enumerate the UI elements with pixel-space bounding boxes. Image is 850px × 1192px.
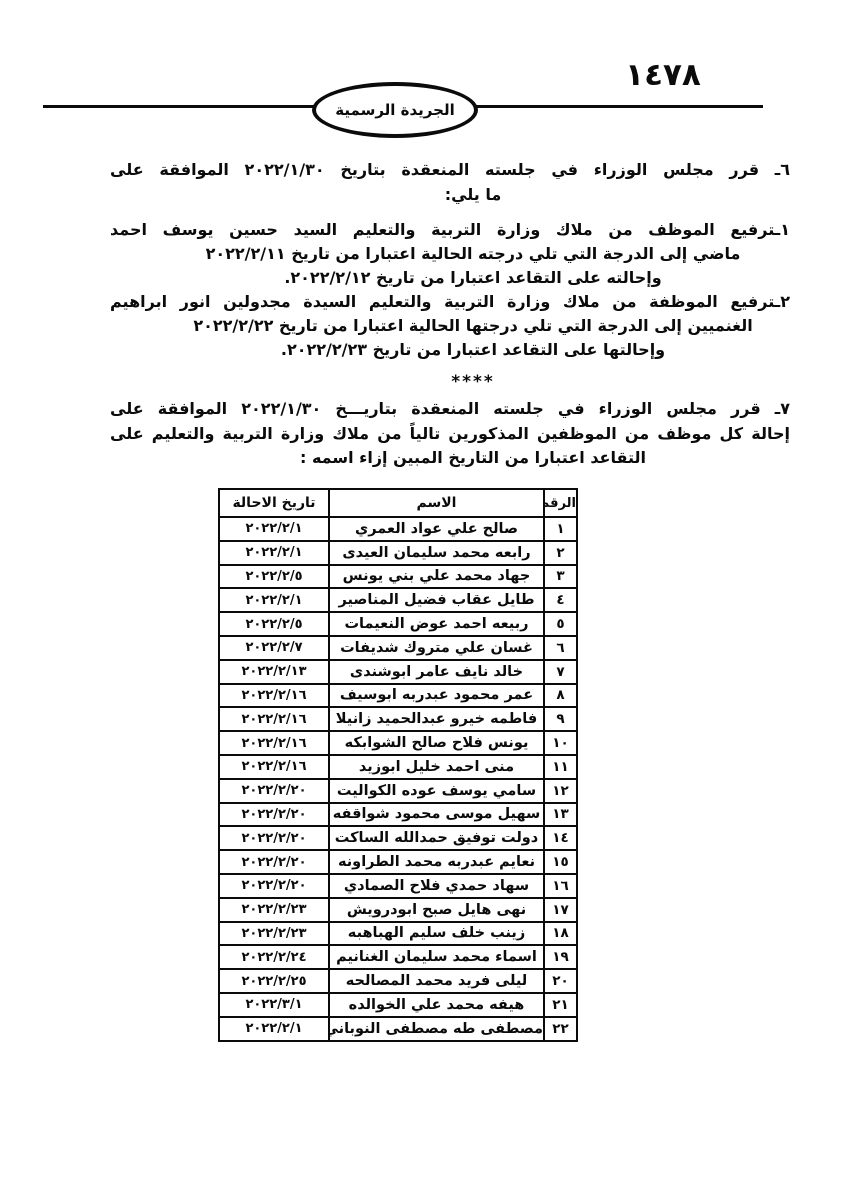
cell-date: ٢٠٢٢/٢/٥ — [219, 565, 329, 589]
cell-date: ٢٠٢٢/٢/٢٤ — [219, 945, 329, 969]
cell-date: ٢٠٢٢/٢/٢٠ — [219, 779, 329, 803]
cell-number: ٤ — [544, 588, 577, 612]
gazette-page: ١٤٧٨ الجريدة الرسمية ٦ـ قرر مجلس الوزراء… — [0, 0, 850, 1192]
table-row: ٤طايل عقاب فضيل المناصير٢٠٢٢/٢/١ — [219, 588, 577, 612]
cell-name: ليلى فريد محمد المصالحه — [329, 969, 544, 993]
cell-name: جهاد محمد علي بني يونس — [329, 565, 544, 589]
cell-date: ٢٠٢٢/٢/٢٥ — [219, 969, 329, 993]
cell-name: هيفه محمد علي الخوالده — [329, 993, 544, 1017]
cell-name: طايل عقاب فضيل المناصير — [329, 588, 544, 612]
cell-number: ١٥ — [544, 850, 577, 874]
cell-number: ١٨ — [544, 922, 577, 946]
separator-stars: **** — [110, 372, 790, 392]
cell-date: ٢٠٢٢/٢/٥ — [219, 612, 329, 636]
gazette-banner-ellipse: الجريدة الرسمية — [312, 82, 478, 138]
cell-name: سهيل موسى محمود شواقفه — [329, 803, 544, 827]
cell-date: ٢٠٢٢/٣/١ — [219, 993, 329, 1017]
table-row: ١٣سهيل موسى محمود شواقفه٢٠٢٢/٢/٢٠ — [219, 803, 577, 827]
table-row: ١٩اسماء محمد سليمان الغنانيم٢٠٢٢/٢/٢٤ — [219, 945, 577, 969]
section-separator: **** — [110, 372, 790, 392]
cell-name: نهى هايل صبح ابودرويش — [329, 898, 544, 922]
cell-date: ٢٠٢٢/٢/٧ — [219, 636, 329, 660]
cell-date: ٢٠٢٢/٢/١٣ — [219, 660, 329, 684]
cell-number: ٢٠ — [544, 969, 577, 993]
cell-name: رابعه محمد سليمان العيدى — [329, 541, 544, 565]
cell-date: ٢٠٢٢/٢/١ — [219, 541, 329, 565]
decision-6-items: ١ـترفيع الموظف من ملاك وزارة التربية وال… — [110, 218, 790, 362]
cell-number: ١٧ — [544, 898, 577, 922]
cell-number: ٣ — [544, 565, 577, 589]
table-row: ١٤دولت توفيق حمدالله الساكت٢٠٢٢/٢/٢٠ — [219, 826, 577, 850]
cell-date: ٢٠٢٢/٢/١ — [219, 1017, 329, 1041]
decision-6-intro: ٦ـ قرر مجلس الوزراء في جلسته المنعقدة بت… — [110, 157, 790, 207]
header-name: الاسم — [329, 489, 544, 517]
cell-date: ٢٠٢٢/٢/١ — [219, 588, 329, 612]
cell-number: ٦ — [544, 636, 577, 660]
cell-name: منى احمد خليل ابوزيد — [329, 755, 544, 779]
cell-name: مصطفى طه مصطفى النوباني — [329, 1017, 544, 1041]
cell-name: يونس فلاح صالح الشوابكه — [329, 731, 544, 755]
gazette-banner-title: الجريدة الرسمية — [335, 101, 454, 119]
item-2-line-1: ٢ـترفيع الموظفة من ملاك وزارة التربية وا… — [110, 290, 790, 314]
table-header-row: الرقم الاسم تاريخ الاحالة — [219, 489, 577, 517]
item-2-line-2: الغنميين إلى الدرجة التي تلي درجتها الحا… — [110, 314, 790, 338]
cell-name: خالد نايف عامر ابوشندى — [329, 660, 544, 684]
header-date: تاريخ الاحالة — [219, 489, 329, 517]
cell-number: ١٩ — [544, 945, 577, 969]
table-header: الرقم الاسم تاريخ الاحالة — [219, 489, 577, 517]
decision-7-line-3: التقاعد اعتبارا من التاريخ المبين إزاء ا… — [110, 446, 790, 471]
table-row: ١صالح علي عواد العمري٢٠٢٢/٢/١ — [219, 517, 577, 541]
table-row: ٦غسان علي متروك شديفات٢٠٢٢/٢/٧ — [219, 636, 577, 660]
decision-7-line-1: ٧ـ قرر مجلس الوزراء في جلسته المنعقدة بت… — [110, 397, 790, 422]
cell-date: ٢٠٢٢/٢/١٦ — [219, 707, 329, 731]
table-row: ٢١هيفه محمد علي الخوالده٢٠٢٢/٣/١ — [219, 993, 577, 1017]
cell-date: ٢٠٢٢/٢/١٦ — [219, 755, 329, 779]
cell-date: ٢٠٢٢/٢/٢٠ — [219, 803, 329, 827]
cell-name: زينب خلف سليم الهباهبه — [329, 922, 544, 946]
employee-retirement-table: الرقم الاسم تاريخ الاحالة ١صالح علي عواد… — [218, 488, 578, 1042]
cell-name: اسماء محمد سليمان الغنانيم — [329, 945, 544, 969]
cell-number: ١٣ — [544, 803, 577, 827]
item-2-line-3: وإحالتها على التقاعد اعتبارا من تاريخ ٢٠… — [110, 338, 790, 362]
cell-name: عمر محمود عبدربه ابوسيف — [329, 684, 544, 708]
decision-7-line-2: إحالة كل موظف من الموظفين المذكورين تالي… — [110, 422, 790, 447]
cell-date: ٢٠٢٢/٢/٢٠ — [219, 826, 329, 850]
table-row: ٨عمر محمود عبدربه ابوسيف٢٠٢٢/٢/١٦ — [219, 684, 577, 708]
cell-name: فاطمه خيرو عبدالحميد زانيلا — [329, 707, 544, 731]
cell-date: ٢٠٢٢/٢/٢٣ — [219, 922, 329, 946]
cell-number: ٨ — [544, 684, 577, 708]
cell-date: ٢٠٢٢/٢/٢٠ — [219, 874, 329, 898]
cell-number: ٢١ — [544, 993, 577, 1017]
cell-number: ٥ — [544, 612, 577, 636]
item-1-line-1: ١ـترفيع الموظف من ملاك وزارة التربية وال… — [110, 218, 790, 242]
table-row: ١٧نهى هايل صبح ابودرويش٢٠٢٢/٢/٢٣ — [219, 898, 577, 922]
cell-name: نعايم عبدربه محمد الطراونه — [329, 850, 544, 874]
cell-date: ٢٠٢٢/٢/١ — [219, 517, 329, 541]
cell-number: ١٠ — [544, 731, 577, 755]
decision-6-line-1: ٦ـ قرر مجلس الوزراء في جلسته المنعقدة بت… — [110, 157, 790, 182]
cell-date: ٢٠٢٢/٢/٢٣ — [219, 898, 329, 922]
table-row: ١٢سامي يوسف عوده الكواليت٢٠٢٢/٢/٢٠ — [219, 779, 577, 803]
cell-number: ١٤ — [544, 826, 577, 850]
table-row: ١٦سهاد حمدي فلاح الصمادي٢٠٢٢/٢/٢٠ — [219, 874, 577, 898]
cell-number: ١٢ — [544, 779, 577, 803]
cell-number: ١١ — [544, 755, 577, 779]
cell-name: ربيعه احمد عوض النعيمات — [329, 612, 544, 636]
cell-number: ٩ — [544, 707, 577, 731]
table-row: ٥ربيعه احمد عوض النعيمات٢٠٢٢/٢/٥ — [219, 612, 577, 636]
cell-name: غسان علي متروك شديفات — [329, 636, 544, 660]
cell-name: سامي يوسف عوده الكواليت — [329, 779, 544, 803]
cell-name: صالح علي عواد العمري — [329, 517, 544, 541]
table-row: ٢٠ليلى فريد محمد المصالحه٢٠٢٢/٢/٢٥ — [219, 969, 577, 993]
table-row: ١٠يونس فلاح صالح الشوابكه٢٠٢٢/٢/١٦ — [219, 731, 577, 755]
cell-date: ٢٠٢٢/٢/١٦ — [219, 731, 329, 755]
decision-7-intro: ٧ـ قرر مجلس الوزراء في جلسته المنعقدة بت… — [110, 397, 790, 471]
table-row: ٩فاطمه خيرو عبدالحميد زانيلا٢٠٢٢/٢/١٦ — [219, 707, 577, 731]
table-row: ٣جهاد محمد علي بني يونس٢٠٢٢/٢/٥ — [219, 565, 577, 589]
cell-number: ٧ — [544, 660, 577, 684]
item-1-line-3: وإحالته على التقاعد اعتبارا من تاريخ ٢٠٢… — [110, 266, 790, 290]
cell-name: سهاد حمدي فلاح الصمادي — [329, 874, 544, 898]
table-row: ٢رابعه محمد سليمان العيدى٢٠٢٢/٢/١ — [219, 541, 577, 565]
decision-6-line-2: ما يلي: — [110, 182, 790, 207]
cell-number: ١ — [544, 517, 577, 541]
cell-date: ٢٠٢٢/٢/٢٠ — [219, 850, 329, 874]
item-1-line-2: ماضي إلى الدرجة التي تلي درجته الحالية ا… — [110, 242, 790, 266]
table-row: ١٥نعايم عبدربه محمد الطراونه٢٠٢٢/٢/٢٠ — [219, 850, 577, 874]
table-row: ٧خالد نايف عامر ابوشندى٢٠٢٢/٢/١٣ — [219, 660, 577, 684]
cell-date: ٢٠٢٢/٢/١٦ — [219, 684, 329, 708]
cell-name: دولت توفيق حمدالله الساكت — [329, 826, 544, 850]
table-row: ١١منى احمد خليل ابوزيد٢٠٢٢/٢/١٦ — [219, 755, 577, 779]
page-number: ١٤٧٨ — [618, 58, 708, 92]
header-number: الرقم — [544, 489, 577, 517]
cell-number: ١٦ — [544, 874, 577, 898]
table-row: ١٨زينب خلف سليم الهباهبه٢٠٢٢/٢/٢٣ — [219, 922, 577, 946]
cell-number: ٢ — [544, 541, 577, 565]
table-row: ٢٢مصطفى طه مصطفى النوباني٢٠٢٢/٢/١ — [219, 1017, 577, 1041]
cell-number: ٢٢ — [544, 1017, 577, 1041]
employee-table-body: ١صالح علي عواد العمري٢٠٢٢/٢/١٢رابعه محمد… — [219, 517, 577, 1041]
